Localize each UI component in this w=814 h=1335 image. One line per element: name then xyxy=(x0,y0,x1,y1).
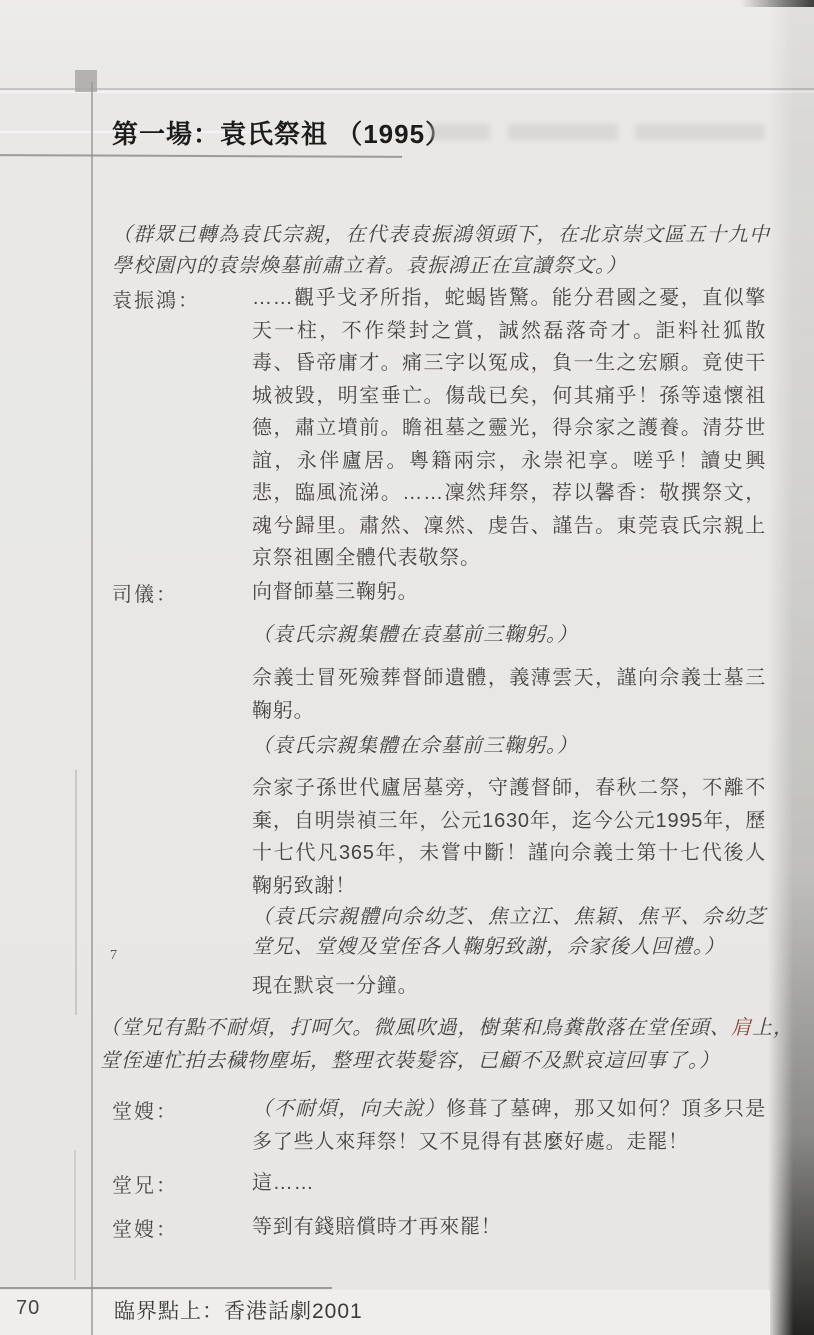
inline-stage-direction: （不耐煩，向夫說） xyxy=(252,1098,446,1120)
speaker-name-yuan-zhenhong: 袁振鴻： xyxy=(112,284,200,313)
stage-direction-bow-yuan: （袁氏宗親集體在袁墓前三鞠躬。） xyxy=(252,620,766,651)
scene-title: 第一場：袁氏祭祖 （1995） xyxy=(112,114,452,151)
dialogue-eulogy: ……觀乎戈矛所指，蛇蝎皆驚。能分君國之憂，直似擎天一柱，不作榮封之賞，誠然磊落奇… xyxy=(252,282,766,575)
book-title: 臨界點上：香港話劇2001 xyxy=(114,1295,363,1325)
page-gutter-line-faint xyxy=(75,770,77,1015)
scan-artifact-square xyxy=(75,70,97,92)
dialogue-mc-2: 佘義士冒死殮葬督師遺體，義薄雲天，謹向佘義士墓三鞠躬。 xyxy=(252,662,766,727)
scanned-script-page: 第一場：袁氏祭祖 （1995） （群眾已轉為袁氏宗親，在代表袁振鴻領頭下，在北京… xyxy=(0,0,814,1335)
dialogue-mc-1: 向督師墓三鞠躬。 xyxy=(252,576,766,609)
speaker-name-mc: 司儀： xyxy=(112,578,178,607)
stage-direction-bow-she: （袁氏宗親集體在佘墓前三鞠躬。） xyxy=(252,731,766,762)
stage-direction-thanks: （袁氏宗親體向佘幼芝、焦立江、焦穎、焦平、佘幼芝堂兄、堂嫂及堂侄各人鞠躬致謝，佘… xyxy=(252,902,766,962)
dialogue-cousin-wife-2: 等到有錢賠償時才再來罷！ xyxy=(252,1211,766,1244)
dialogue-mc-3: 佘家子孫世代廬居墓旁，守護督師，春秋二祭，不離不棄，自明崇禎三年，公元1630年… xyxy=(252,772,766,902)
opening-stage-direction: （群眾已轉為袁氏宗親，在代表袁振鴻領頭下，在北京崇文區五十九中學校園內的袁崇煥墓… xyxy=(112,220,770,282)
scan-streak-highlight xyxy=(0,91,814,93)
scan-right-edge-shadow xyxy=(768,0,814,1335)
scan-streak-line xyxy=(0,88,814,90)
page-gutter-line-faint-2 xyxy=(74,1150,76,1280)
speaker-name-cousin-wife-2: 堂嫂： xyxy=(112,1213,178,1242)
speaker-name-cousin: 堂兄： xyxy=(112,1169,178,1198)
page-number: 70 xyxy=(16,1297,40,1320)
interlude-stage-direction: （堂兄有點不耐煩，打呵欠。微風吹過，樹葉和鳥糞散落在堂侄頭、肩上，堂侄連忙拍去穢… xyxy=(100,1012,794,1078)
footer-gutter-line xyxy=(91,1290,93,1335)
showthrough-ghost-text xyxy=(430,118,775,150)
dialogue-cousin: 這…… xyxy=(252,1167,766,1200)
dialogue-mc-4: 現在默哀一分鐘。 xyxy=(252,970,766,1003)
title-underline xyxy=(0,154,402,158)
page-gutter-line xyxy=(91,82,93,1335)
speaker-name-cousin-wife: 堂嫂： xyxy=(112,1095,178,1124)
footer-rule xyxy=(0,1287,332,1289)
dialogue-cousin-wife-1: （不耐煩，向夫說）修葺了墓碑，那又如何？頂多只是多了些人來拜祭！又不見得有甚麼好… xyxy=(252,1093,766,1158)
stray-mark: 7 xyxy=(110,948,117,964)
interlude-highlight-char: 肩 xyxy=(731,1017,752,1039)
interlude-part1: （堂兄有點不耐煩，打呵欠。微風吹過，樹葉和鳥糞散落在堂侄頭、 xyxy=(100,1017,731,1039)
